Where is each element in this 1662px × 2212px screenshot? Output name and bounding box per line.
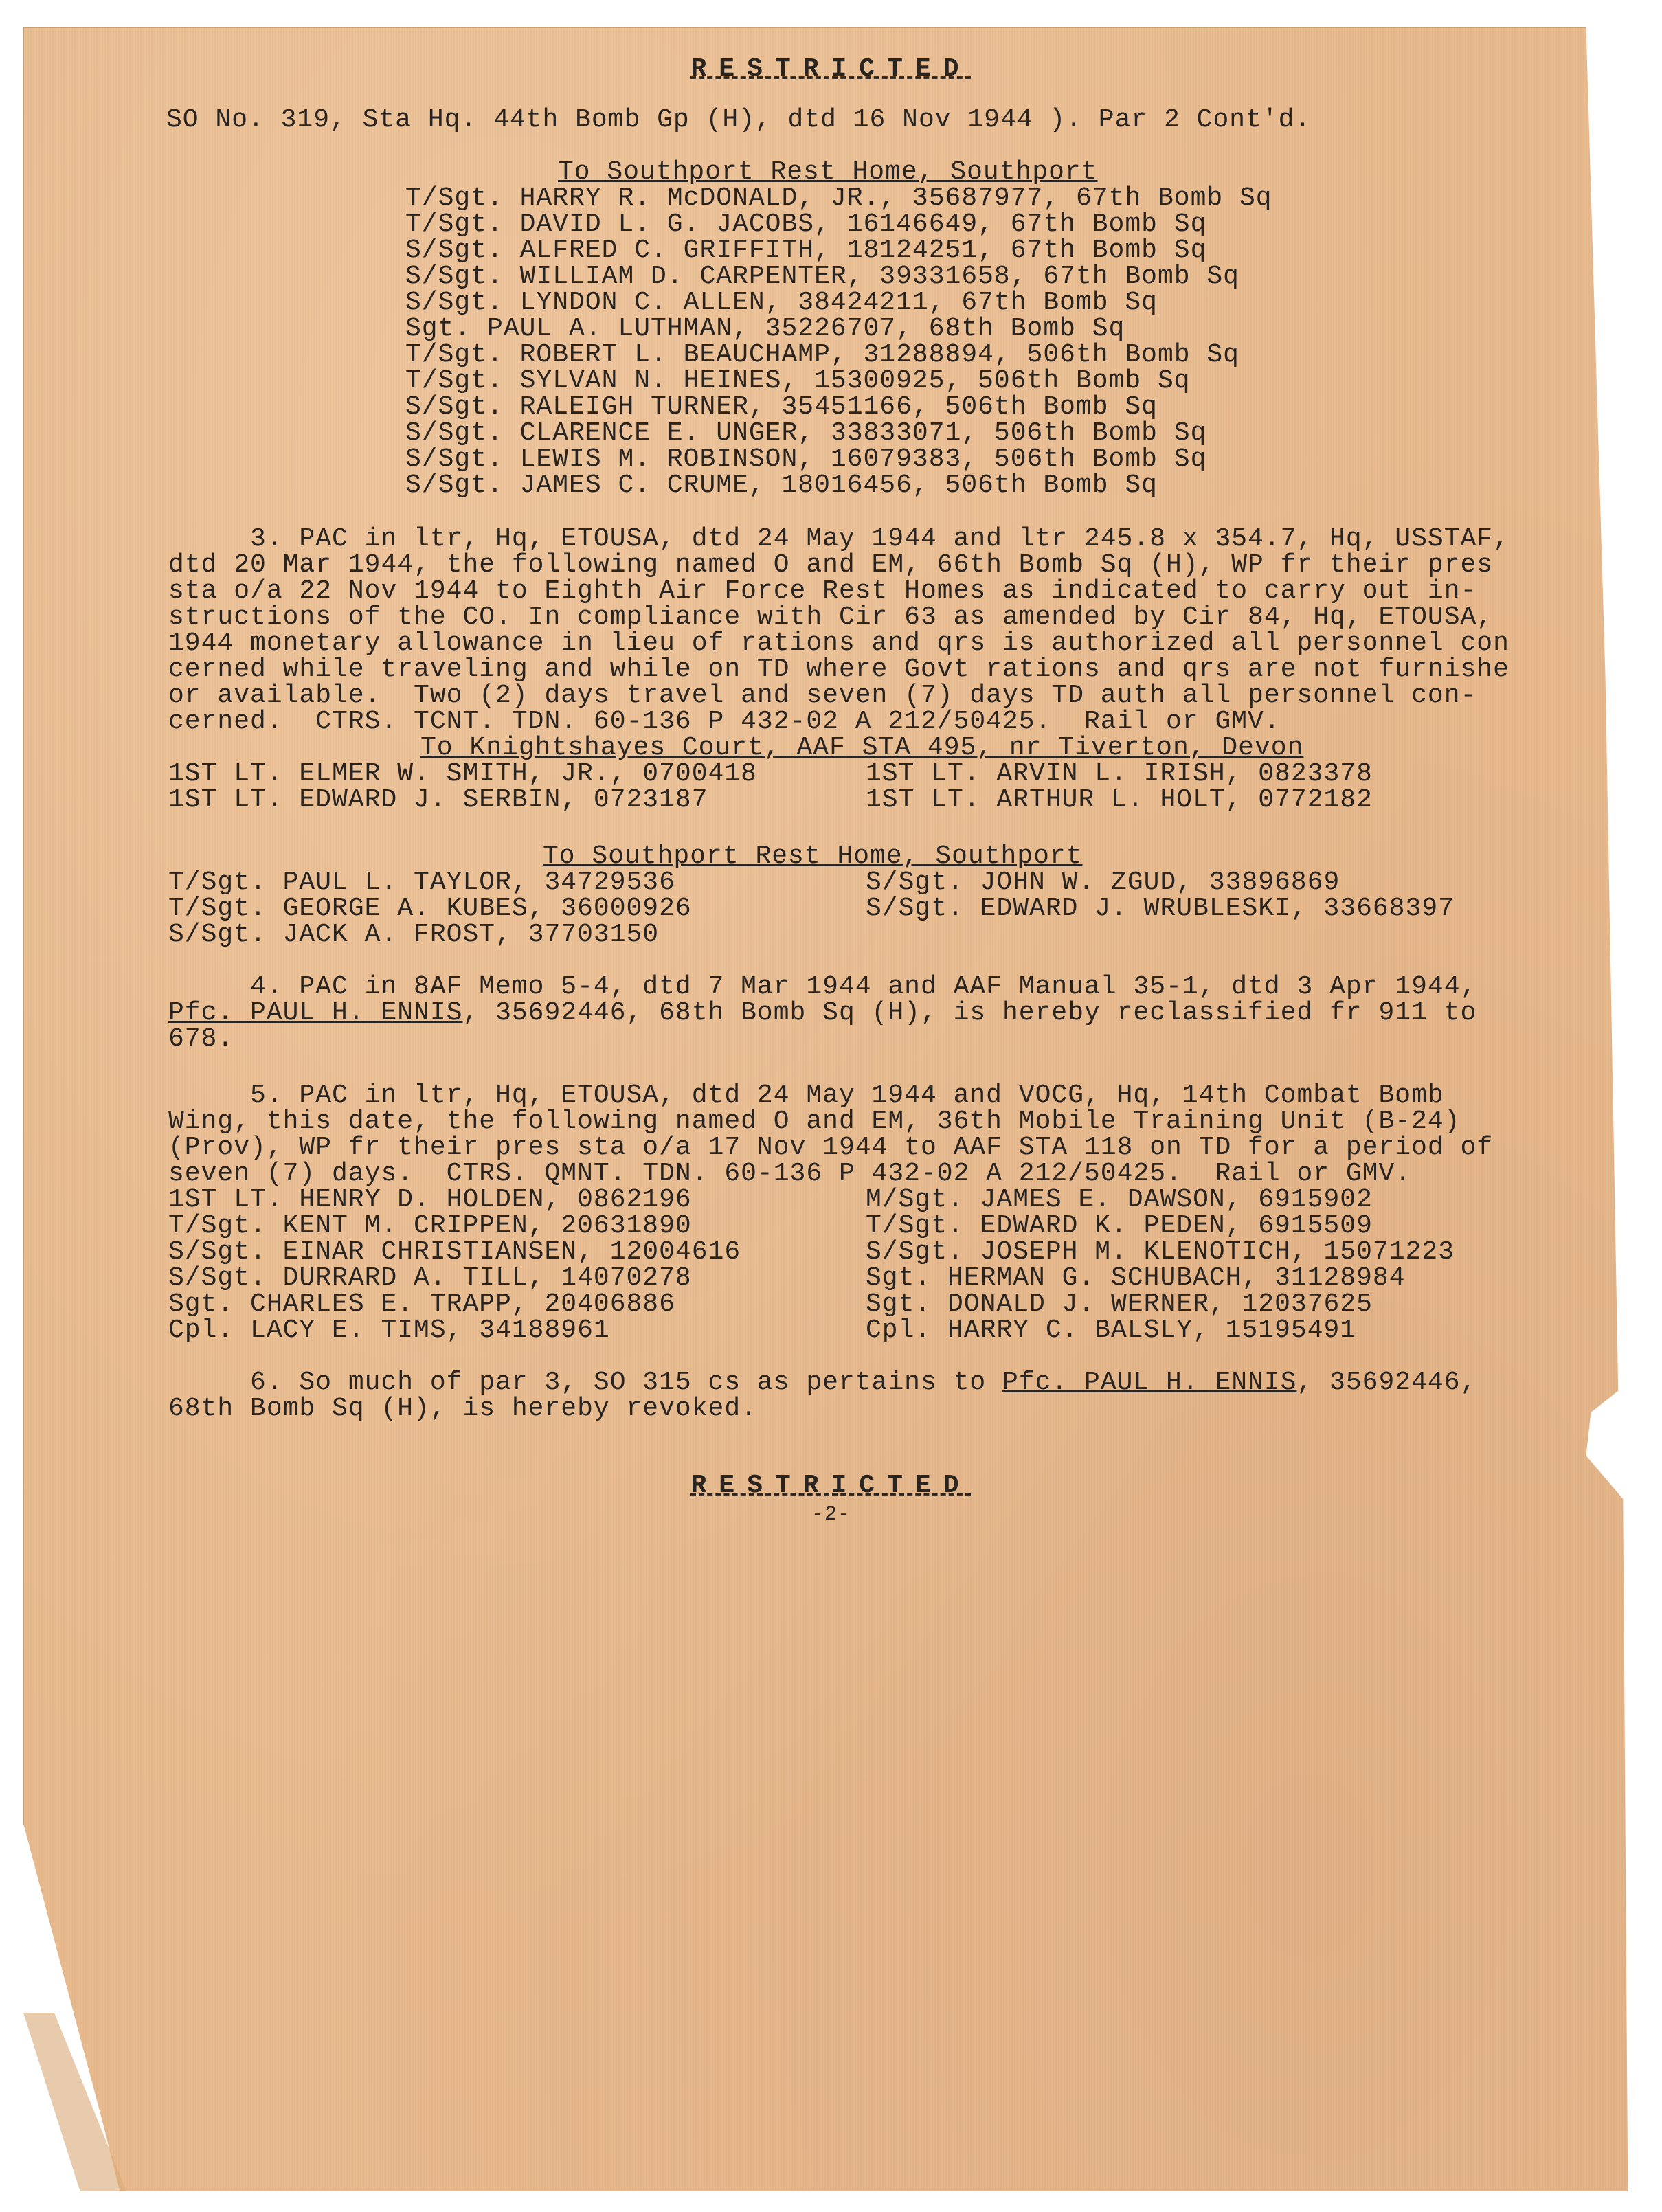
paragraph-line: 68th Bomb Sq (H), is hereby revoked.	[168, 1393, 757, 1425]
classification-bottom: RESTRICTED	[0, 1470, 1662, 1502]
list-item: 1ST LT. ARTHUR L. HOLT, 0772182	[866, 785, 1373, 816]
list-item: S/Sgt. JACK A. FROST, 37703150	[168, 919, 659, 951]
list-item: S/Sgt. EDWARD J. WRUBLESKI, 33668397	[866, 893, 1455, 925]
classification-top: RESTRICTED	[0, 54, 1662, 85]
underlined-name: Pfc. PAUL H. ENNIS	[1002, 1368, 1296, 1397]
list-item: 1ST LT. EDWARD J. SERBIN, 0723187	[168, 785, 708, 816]
page-number: -2-	[0, 1499, 1662, 1531]
paragraph-line: Pfc. PAUL H. ENNIS, 35692446, 68th Bomb …	[168, 997, 1476, 1029]
paragraph-text: , 35692446, 68th Bomb Sq (H), is hereby …	[462, 998, 1476, 1028]
paragraph-text: , 35692446,	[1296, 1368, 1476, 1397]
list-item: Cpl. HARRY C. BALSLY, 15195491	[866, 1315, 1356, 1346]
list-item: S/Sgt. JAMES C. CRUME, 18016456, 506th B…	[405, 470, 1158, 501]
list-item: Cpl. LACY E. TIMS, 34188961	[168, 1315, 610, 1346]
paragraph-line: 678.	[168, 1024, 234, 1055]
special-order-header: SO No. 319, Sta Hq. 44th Bomb Gp (H), dt…	[166, 104, 1311, 136]
